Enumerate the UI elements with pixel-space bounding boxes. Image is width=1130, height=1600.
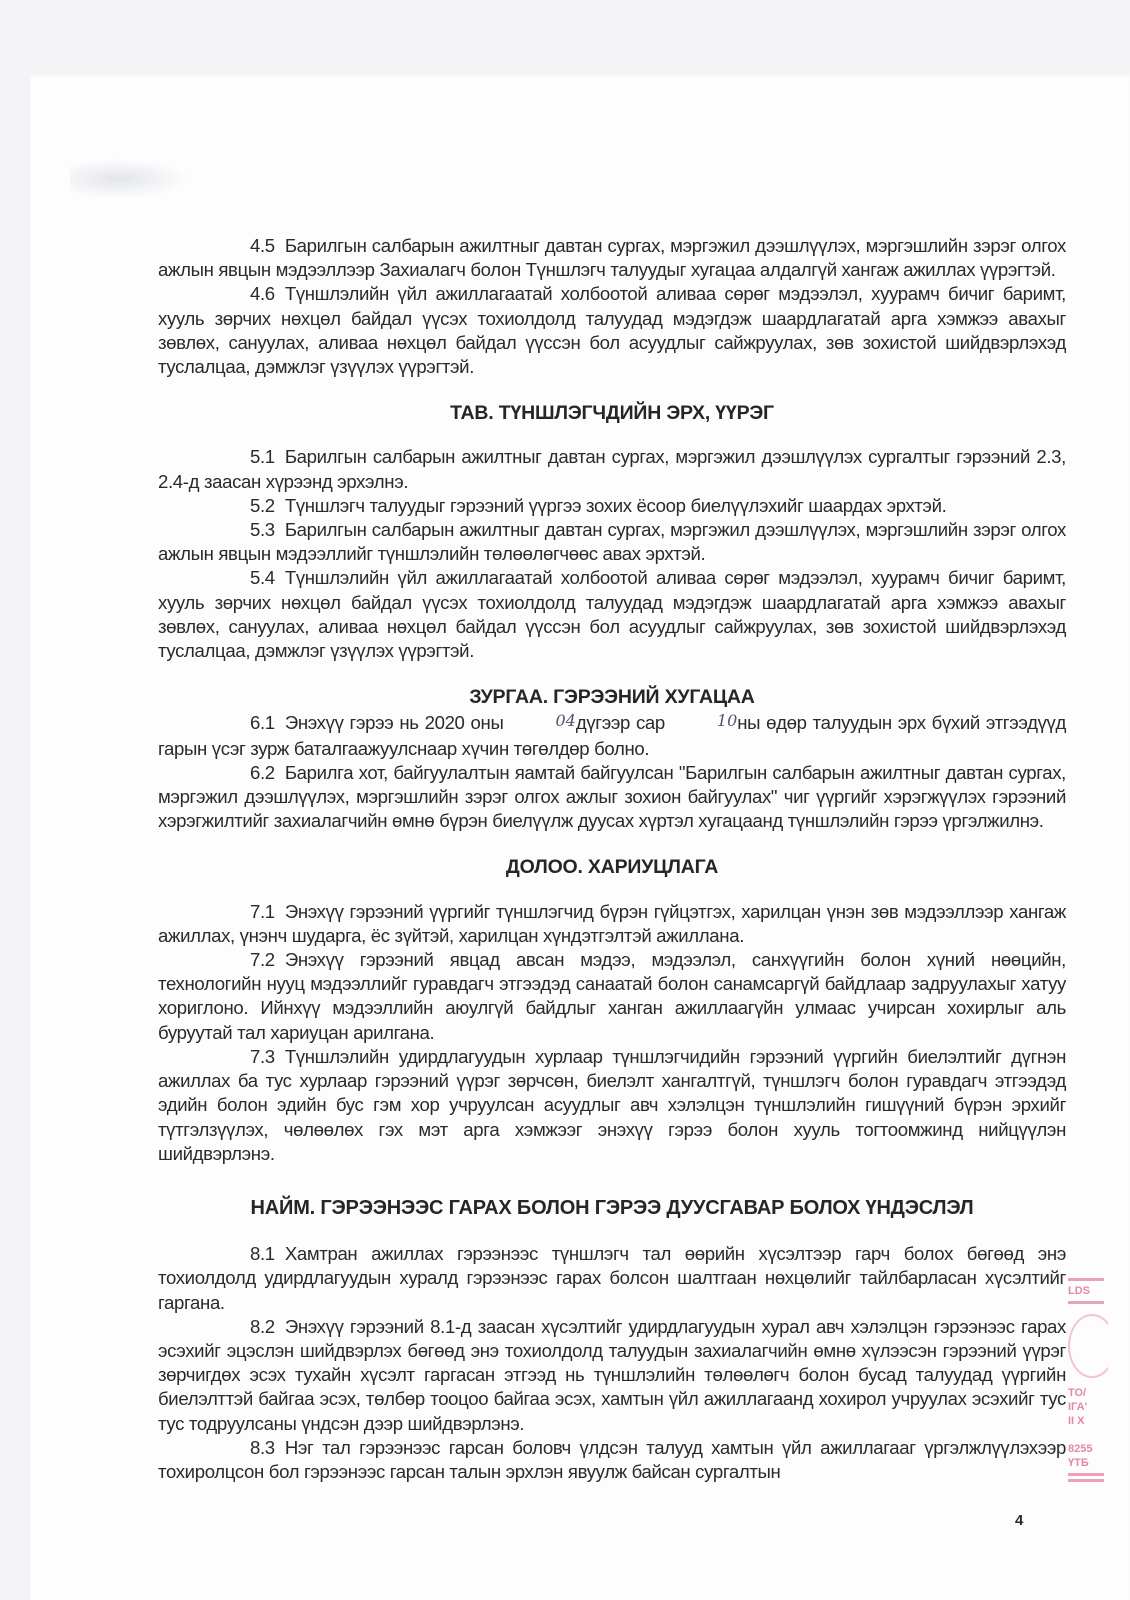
clause-4-6: 4.6Түншлэлийн үйл ажиллагаатай холбоотой… xyxy=(158,282,1066,379)
document-page: 4.5Барилгын салбарын ажилтныг давтан сур… xyxy=(30,74,1130,1600)
scan-artifact xyxy=(70,159,190,199)
clause-8-3: 8.3Нэг тал гэрээнээс гарсан боловч үлдсэ… xyxy=(158,1436,1066,1484)
stamp-bar xyxy=(1068,1479,1104,1482)
official-stamp-fragment: LDS ТО/ ІГА' ІІ Х 8255 ҮТБ xyxy=(1068,1275,1108,1510)
clause-5-4: 5.4Түншлэлийн үйл ажиллагаатай холбоотой… xyxy=(158,566,1066,663)
clause-5-3: 5.3Барилгын салбарын ажилтныг давтан сур… xyxy=(158,518,1066,566)
clause-7-3: 7.3Түншлэлийн удирдлагуудын хурлаар түнш… xyxy=(158,1045,1066,1166)
handwritten-month: 04 xyxy=(509,709,575,733)
clause-6-1: 6.1Энэхүү гэрээ нь 2020 оны 04дүгээр сар… xyxy=(158,711,1066,760)
clause-4-5: 4.5Барилгын салбарын ажилтныг давтан сур… xyxy=(158,234,1066,282)
clause-6-2: 6.2Барилга хот, байгуулалтын яамтай байг… xyxy=(158,761,1066,834)
stamp-seal-icon xyxy=(1068,1314,1108,1378)
document-body: 4.5Барилгын салбарын ажилтныг давтан сур… xyxy=(158,234,1066,1484)
stamp-text: 8255 xyxy=(1068,1442,1108,1456)
stamp-text: ТО/ xyxy=(1068,1386,1108,1400)
section-heading-7: ДОЛОО. ХАРИУЦЛАГА xyxy=(158,855,1066,879)
stamp-bar xyxy=(1068,1278,1104,1281)
stamp-text: ҮТБ xyxy=(1068,1456,1108,1470)
clause-8-1: 8.1Хамтран ажиллах гэрээнээс түншлэгч та… xyxy=(158,1242,1066,1315)
stamp-text: LDS xyxy=(1068,1284,1108,1298)
clause-5-1: 5.1Барилгын салбарын ажилтныг давтан сур… xyxy=(158,445,1066,493)
section-heading-8: НАЙМ. ГЭРЭЭНЭЭС ГАРАХ БОЛОН ГЭРЭЭ ДУУСГА… xyxy=(158,1196,1066,1220)
stamp-text: ІІ Х xyxy=(1068,1414,1108,1428)
stamp-text: ІГА' xyxy=(1068,1400,1108,1414)
clause-7-1: 7.1Энэхүү гэрээний үүргийг түншлэгчид бү… xyxy=(158,900,1066,948)
section-heading-6: ЗУРГАА. ГЭРЭЭНИЙ ХУГАЦАА xyxy=(158,685,1066,709)
page-number: 4 xyxy=(1015,1512,1023,1529)
clause-8-2: 8.2Энэхүү гэрээний 8.1-д заасан хүсэлтий… xyxy=(158,1315,1066,1436)
stamp-bar xyxy=(1068,1473,1104,1476)
section-heading-5: ТАВ. ТҮНШЛЭГЧДИЙН ЭРХ, ҮҮРЭГ xyxy=(158,401,1066,425)
clause-7-2: 7.2Энэхүү гэрээний явцад авсан мэдээ, мэ… xyxy=(158,948,1066,1045)
stamp-bar xyxy=(1068,1301,1104,1304)
clause-5-2: 5.2Түншлэгч талуудыг гэрээний үүргээ зох… xyxy=(158,494,1066,518)
handwritten-day: 10 xyxy=(671,709,737,733)
